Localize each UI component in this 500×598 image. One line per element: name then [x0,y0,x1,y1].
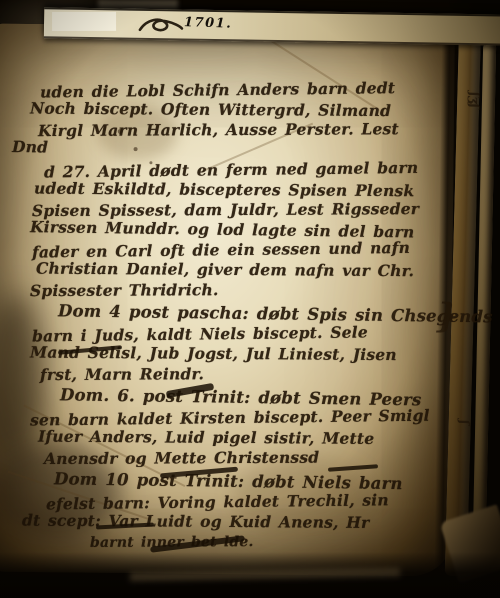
manuscript-photo: uden die Lobl Schifn Anders barn dedt No… [0,0,500,598]
manuscript-line: dt scept: Var Luidt og Kuid Anens, Hr [22,511,446,534]
manuscript-line: Noch biscept. Often Wittergrd, Silmand [30,99,446,122]
manuscript-line: barnt inner bet lde. [90,531,446,553]
margin-brace-mark: } [436,296,458,336]
margin-mark: ʃʒʃ [466,92,481,108]
margin-mark: ʃ [456,420,471,424]
manuscript-text-block: uden die Lobl Schifn Anders barn dedt No… [30,80,446,552]
manuscript-line: Spissester Thridrich. [30,279,446,301]
manuscript-line: Christian Daniel, giver dem nafn var Chr… [36,259,446,282]
flourish-icon [138,15,184,36]
manuscript-line: udedt Eskildtd, biscepteres Spisen Plens… [34,179,446,202]
manuscript-line: Ifuer Anders, Luid pigel sistir, Mette [38,427,446,450]
bright-paper-fragment [52,12,116,31]
manuscript-line: Mand Selisl, Jub Jogst, Jul Liniest, Jis… [30,343,446,366]
manuscript-line: frst, Marn Reindr. [40,363,446,385]
year-label: 1701. [184,15,233,32]
manuscript-line: Anensdr og Mette Christenssd [44,447,446,469]
